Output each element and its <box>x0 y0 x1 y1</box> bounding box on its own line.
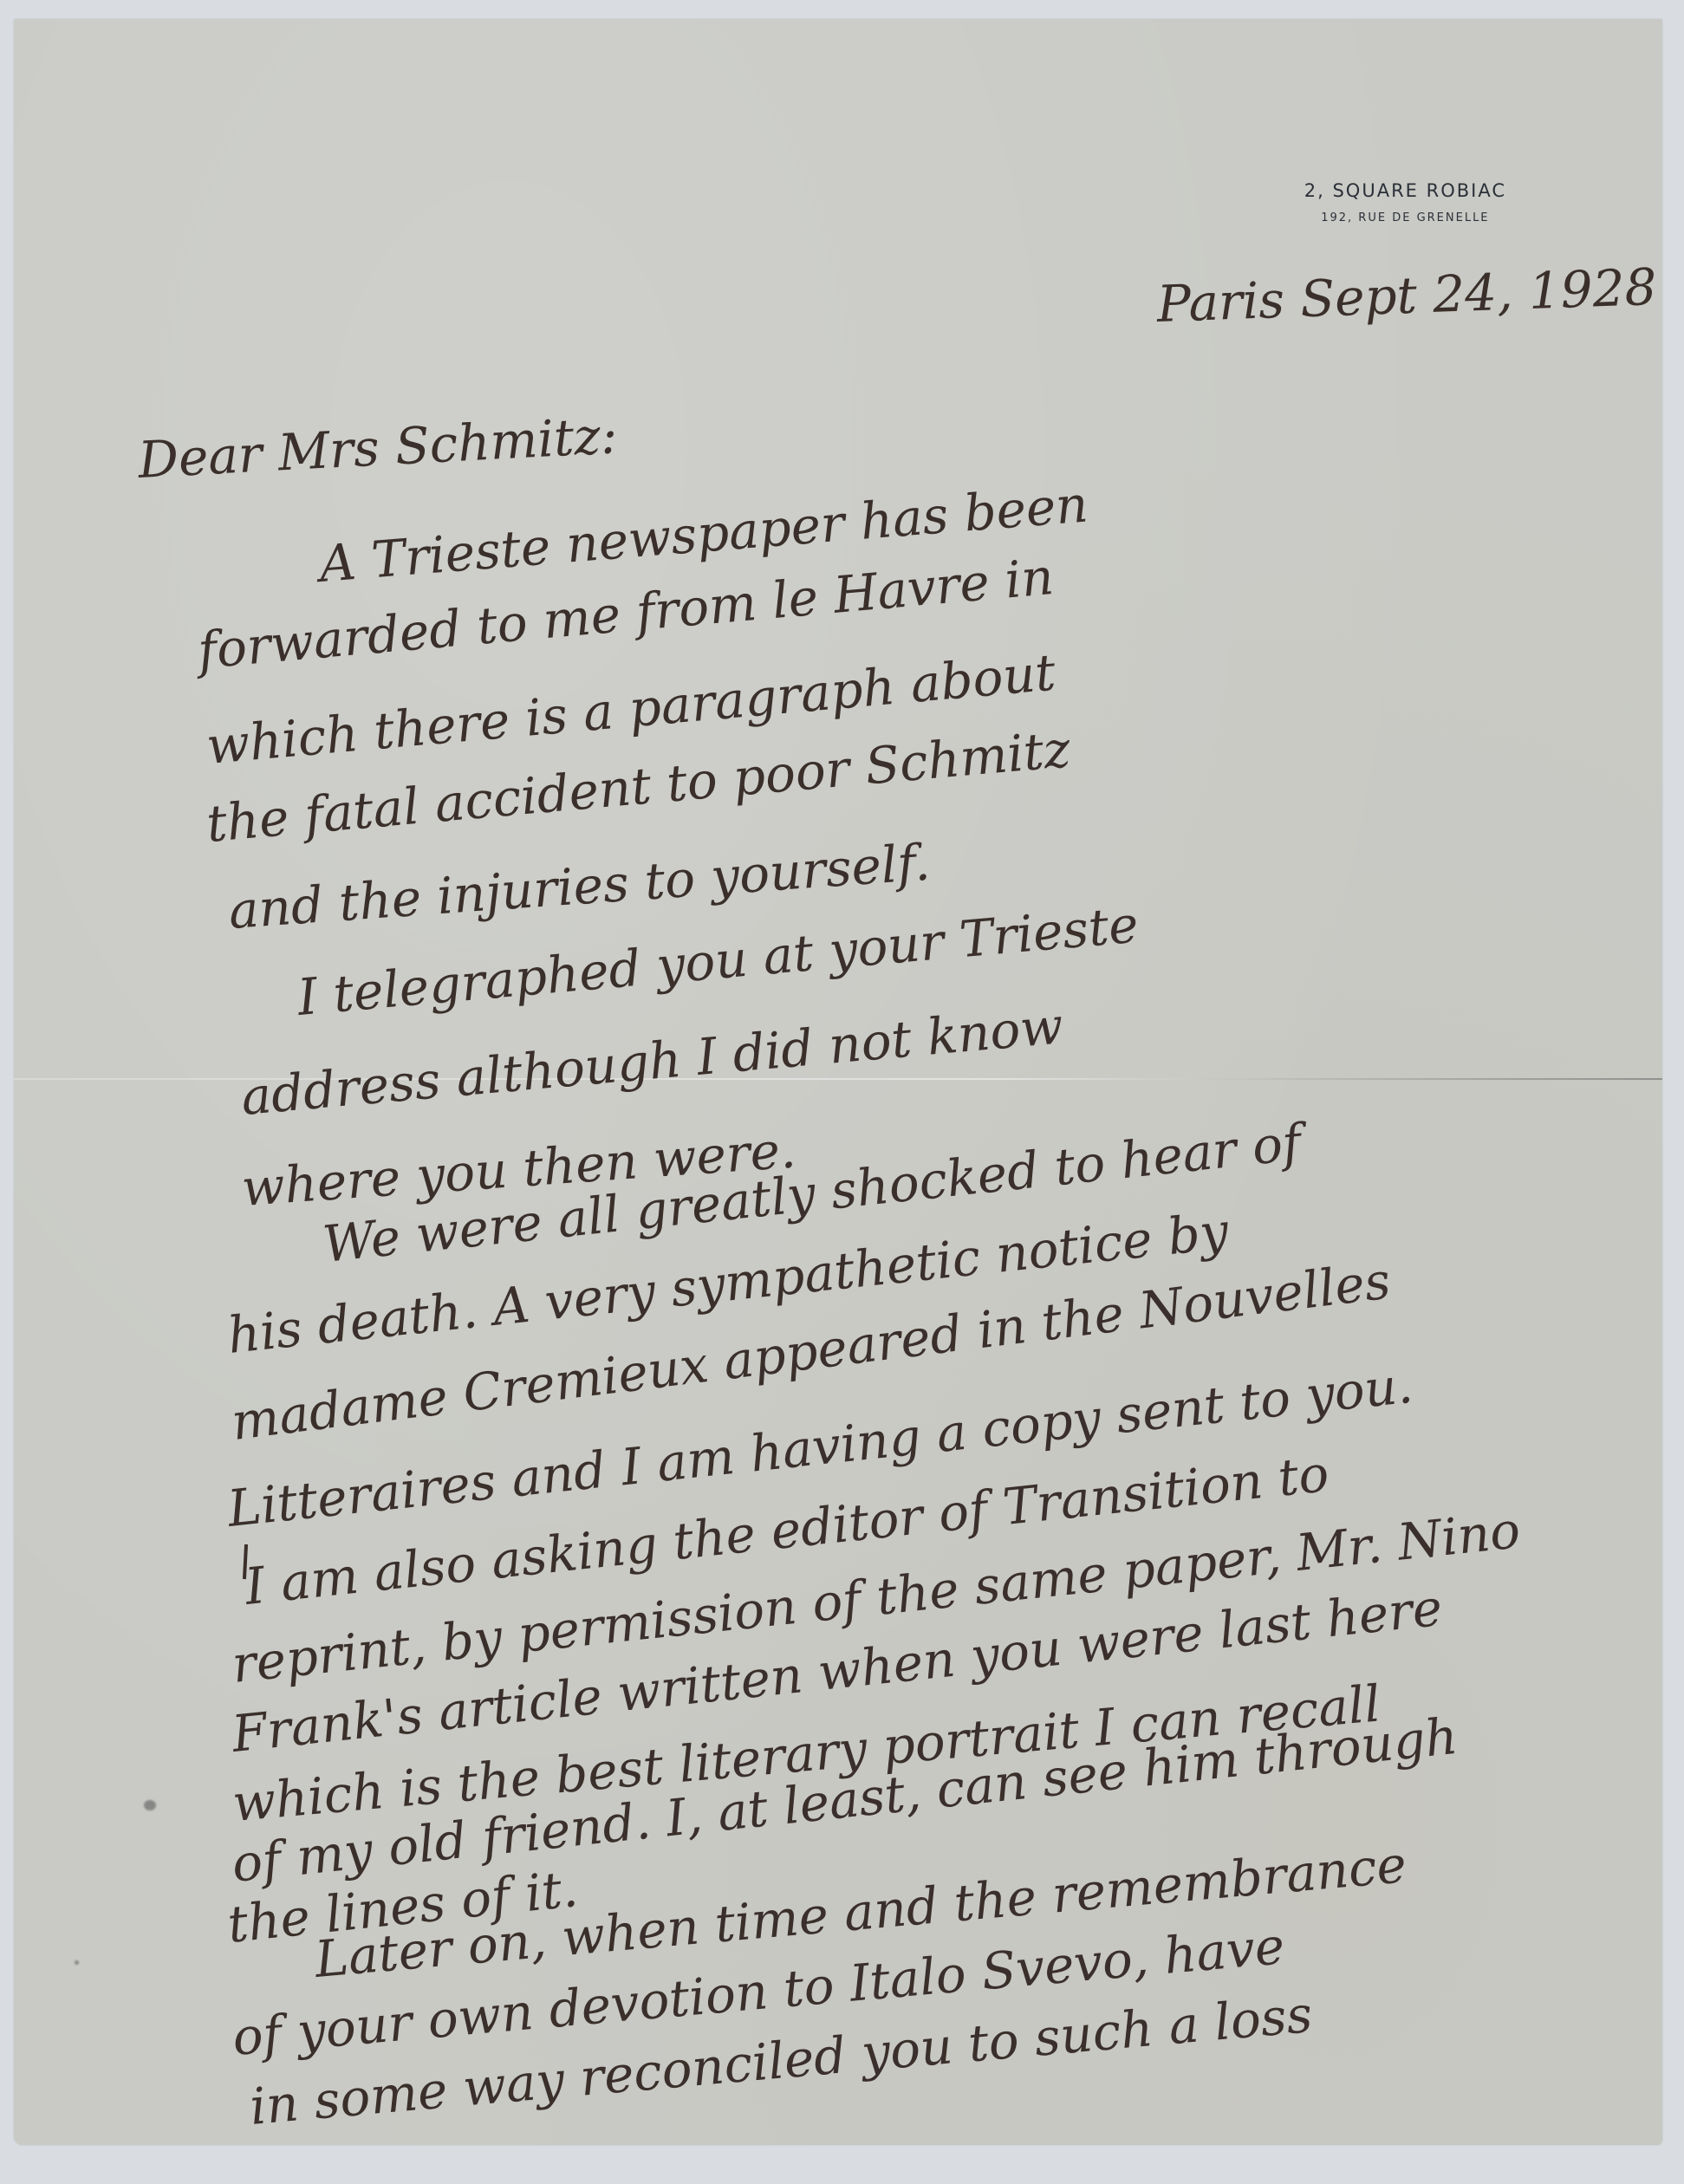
letterhead-address-line2: 192, RUE DE GRENELLE <box>1304 211 1506 224</box>
ink-spot <box>75 1960 79 1965</box>
ink-spot <box>144 1800 156 1810</box>
letterhead: 2, SQUARE ROBIAC 192, RUE DE GRENELLE <box>1304 180 1506 224</box>
letter-page: 2, SQUARE ROBIAC 192, RUE DE GRENELLE Pa… <box>14 19 1662 2145</box>
letter-date: Paris Sept 24, 1928 <box>1156 262 1657 329</box>
salutation: Dear Mrs Schmitz: <box>137 410 619 485</box>
letterhead-address-line1: 2, SQUARE ROBIAC <box>1304 180 1506 201</box>
